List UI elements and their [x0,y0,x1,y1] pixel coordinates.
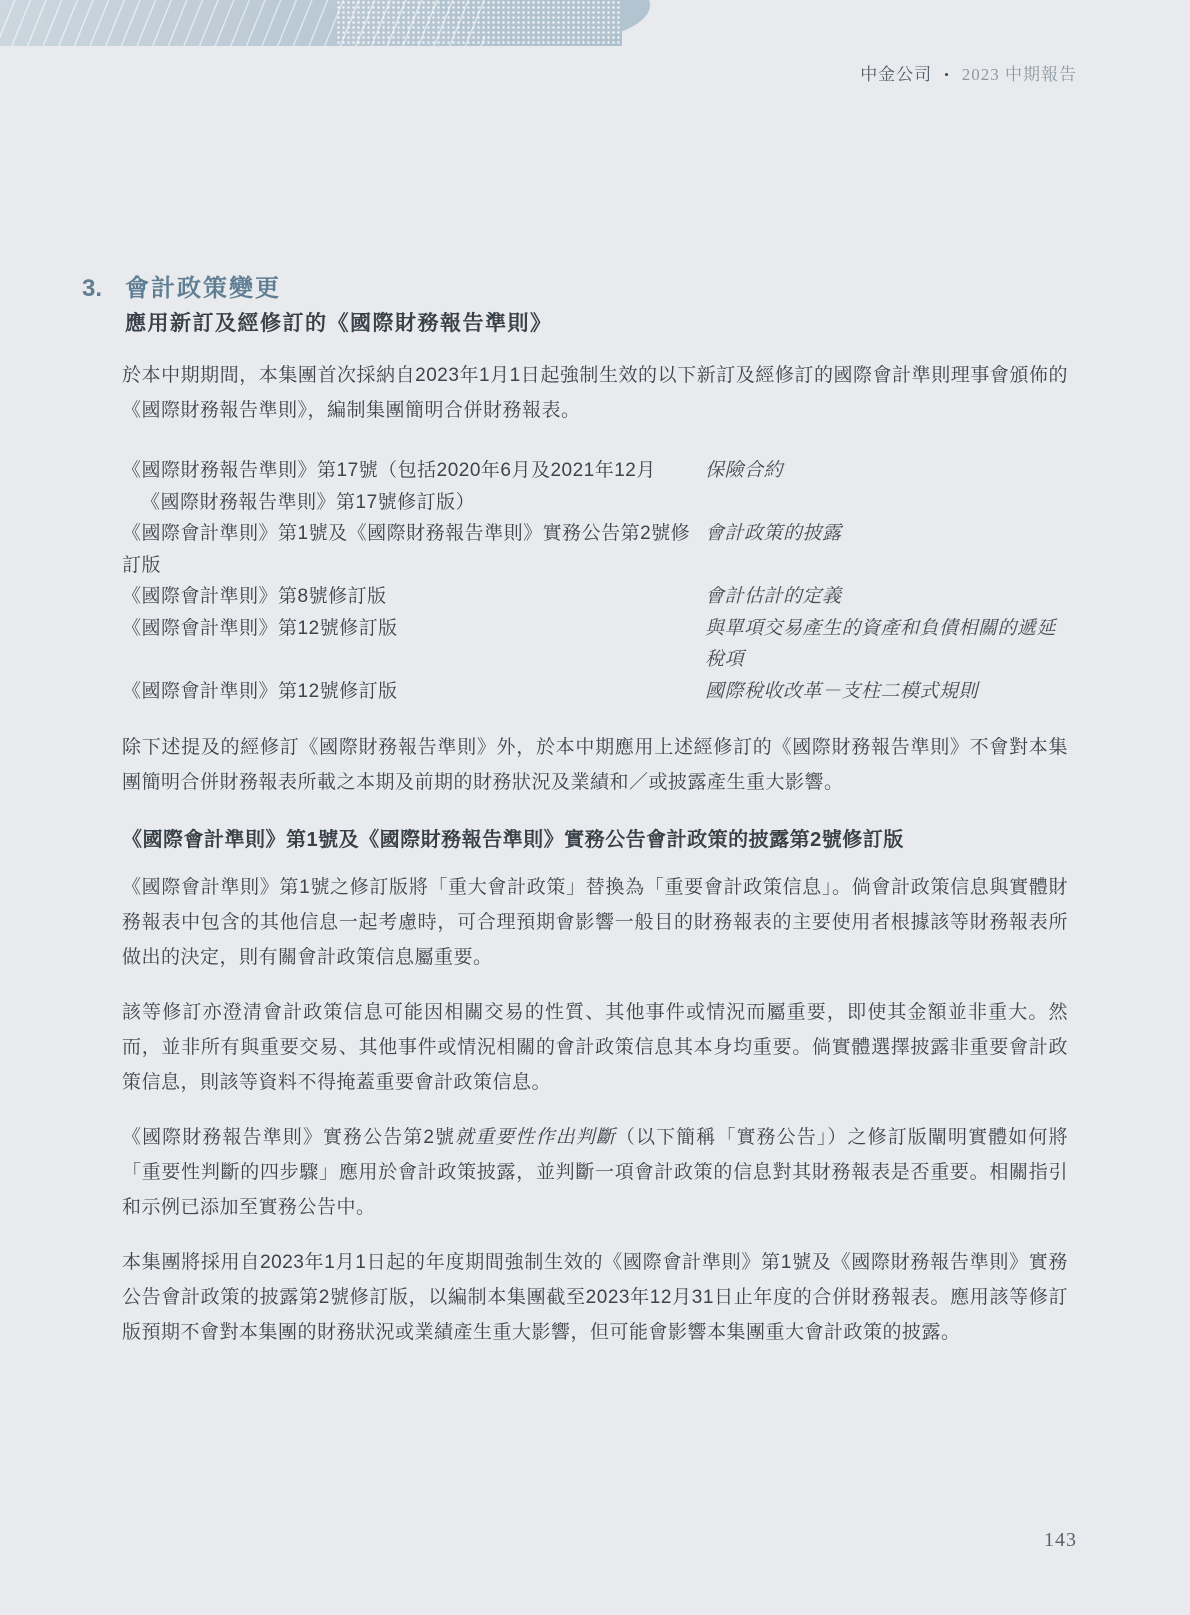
section-number: 3. [82,275,125,303]
paragraph-4: 本集團將採用自2023年1月1日起的年度期間強制生效的《國際會計準則》第1號及《… [122,1245,1068,1350]
report-page: 中金公司•2023 中期報告 3.會計政策變更 應用新訂及經修訂的《國際財務報告… [0,0,1190,1615]
section-title: 會計政策變更 [125,275,281,302]
note-paragraph: 除下述提及的經修訂《國際財務報告準則》外，於本中期應用上述經修訂的《國際財務報告… [122,730,1068,800]
standards-table: 《國際財務報告準則》第17號（包括2020年6月及2021年12月 保險合約 《… [122,455,1068,707]
table-row: 《國際會計準則》第12號修訂版 與單項交易產生的資產和負債相關的遞延稅項 [122,613,1068,676]
standard-name: 《國際會計準則》第12號修訂版 [122,613,705,645]
table-row: 《國際財務報告準則》第17號（包括2020年6月及2021年12月 保險合約 [122,455,1068,487]
table-row: 《國際會計準則》第12號修訂版 國際稅收改革－支柱二模式規則 [122,676,1068,708]
page-number: 143 [1044,1529,1077,1552]
report-title: 2023 中期報告 [962,65,1077,84]
page-header: 中金公司•2023 中期報告 [860,60,1077,85]
paragraph-2: 該等修訂亦澄清會計政策信息可能因相關交易的性質、其他事件或情況而屬重要，即使其金… [122,995,1068,1100]
standard-description: 會計政策的披露 [705,518,1068,550]
subsection2-title: 《國際會計準則》第1號及《國際財務報告準則》實務公告會計政策的披露第2號修訂版 [122,827,1068,853]
decorative-banner [0,0,622,46]
standard-description: 會計估計的定義 [705,581,1068,613]
standard-description: 保險合約 [705,455,1068,487]
table-row: 《國際會計準則》第8號修訂版 會計估計的定義 [122,581,1068,613]
table-row: 《國際財務報告準則》第17號修訂版） [122,487,1068,519]
standard-name-continued: 《國際財務報告準則》第17號修訂版） [122,487,705,519]
section-heading: 3.會計政策變更 [82,268,281,303]
page-content: 於本中期期間，本集團首次採納自2023年1月1日起強制生效的以下新訂及經修訂的國… [122,358,1068,1350]
standard-name: 《國際財務報告準則》第17號（包括2020年6月及2021年12月 [122,455,705,487]
subsection1-title: 應用新訂及經修訂的《國際財務報告準則》 [125,307,553,337]
standard-description: 國際稅收改革－支柱二模式規則 [705,676,1068,708]
intro-paragraph: 於本中期期間，本集團首次採納自2023年1月1日起強制生效的以下新訂及經修訂的國… [122,358,1068,428]
paragraph-3-prefix: 《國際財務報告準則》實務公告第2號 [122,1127,455,1148]
banner-speckle-texture [336,0,622,46]
table-row: 《國際會計準則》第1號及《國際財務報告準則》實務公告第2號修訂版 會計政策的披露 [122,518,1068,581]
paragraph-3: 《國際財務報告準則》實務公告第2號就重要性作出判斷（以下簡稱「實務公告」）之修訂… [122,1120,1068,1225]
paragraph-1: 《國際會計準則》第1號之修訂版將「重大會計政策」替換為「重要會計政策信息」。倘會… [122,870,1068,975]
standard-name: 《國際會計準則》第8號修訂版 [122,581,705,613]
standard-description: 與單項交易產生的資產和負債相關的遞延稅項 [705,613,1068,676]
standard-name: 《國際會計準則》第12號修訂版 [122,676,705,708]
paragraph-3-italic-title: 就重要性作出判斷 [455,1127,616,1148]
separator-dot-icon: • [944,67,950,82]
standard-name: 《國際會計準則》第1號及《國際財務報告準則》實務公告第2號修訂版 [122,518,705,581]
company-name: 中金公司 [860,65,932,84]
